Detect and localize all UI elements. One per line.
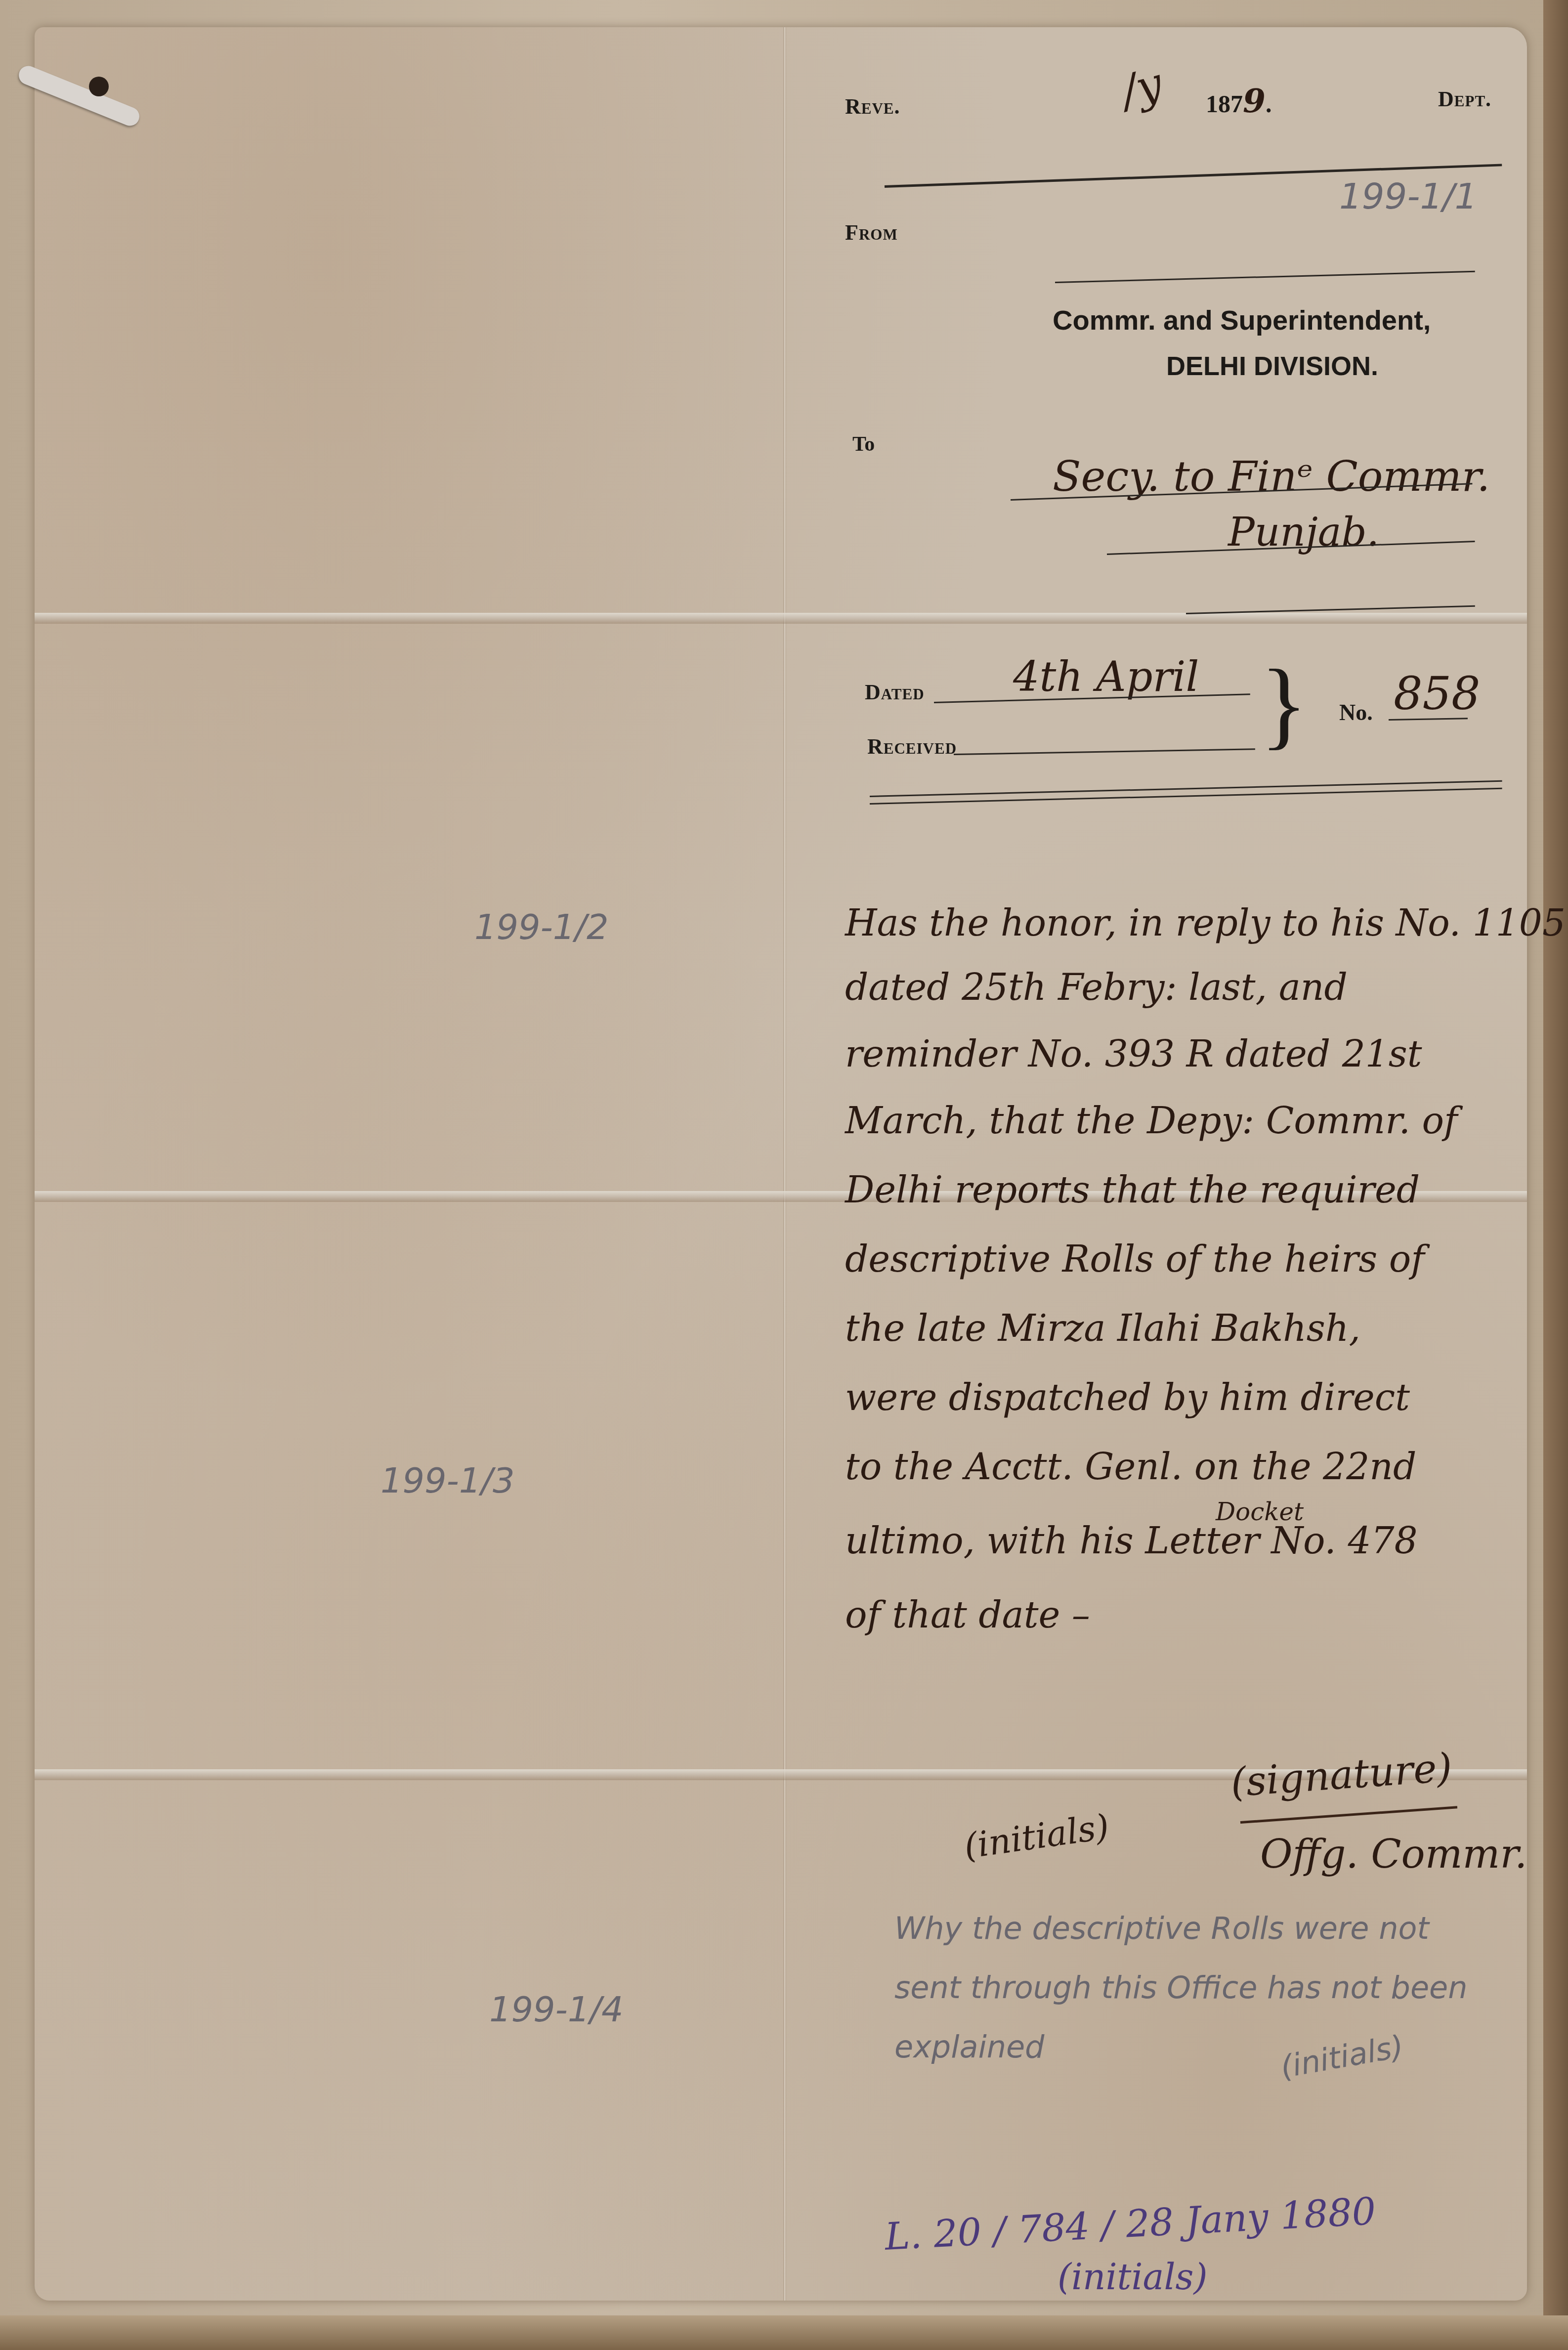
year-handwritten-digit: 9 [1243, 82, 1266, 120]
header-scribble: /y [1116, 57, 1168, 118]
horizontal-fold-1 [35, 613, 1527, 624]
footer-reference: L. 20 / 784 / 28 Jany 1880 [884, 2189, 1377, 2259]
mount-frame-bottom [0, 2315, 1568, 2350]
dated-label: Dated [865, 680, 925, 705]
mount-frame-right [1543, 0, 1568, 2350]
pencil-note-line-1: Why the descriptive Rolls were not [894, 1910, 1429, 1946]
dated-value: 4th April [1013, 652, 1199, 701]
footer-initials: (initials) [1058, 2256, 1207, 2298]
number-value: 858 [1394, 667, 1481, 720]
margin-annotation-3: 199-1/4 [489, 1989, 624, 2030]
received-label: Received [867, 734, 957, 759]
department-suffix: Dept. [1438, 86, 1491, 112]
body-line-3: reminder No. 393 R dated 21st [845, 1033, 1422, 1075]
double-rule-bottom [870, 788, 1502, 805]
body-line-1: Has the honor, in reply to his No. 1105 [845, 902, 1566, 944]
body-line-8: were dispatched by him direct [845, 1376, 1410, 1419]
main-signature: (signature) [1229, 1744, 1453, 1805]
body-line-6: descriptive Rolls of the heirs of [845, 1238, 1425, 1281]
binding-hole [89, 77, 109, 96]
signatory-title: Offg. Commr. [1260, 1831, 1527, 1877]
body-line-9: to the Acctt. Genl. on the 22nd [845, 1446, 1416, 1488]
body-line-4: March, that the Depy: Commr. of [845, 1100, 1457, 1142]
signature-flourish [1240, 1806, 1457, 1824]
body-line-7: the late Mirza Ilahi Bakhsh, [845, 1307, 1360, 1350]
pencil-initials: (initials) [1278, 2028, 1406, 2086]
pencil-note-line-3: explained [894, 2029, 1044, 2065]
body-line-2: dated 25th Febry: last, and [845, 966, 1348, 1009]
body-line-5: Delhi reports that the required [845, 1169, 1420, 1211]
from-division: DELHI DIVISION. [1166, 351, 1378, 382]
to-label: To [852, 432, 875, 456]
double-rule-top [870, 780, 1502, 797]
margin-annotation-2: 199-1/3 [381, 1460, 515, 1501]
vertical-fold [783, 27, 786, 2301]
from-title: Commr. and Superintendent, [1053, 304, 1431, 336]
pencil-note-line-2: sent through this Office has not been [894, 1969, 1467, 2006]
document-sheet: Reve. /y 1879. Dept. 199-1/1 From Commr.… [35, 27, 1527, 2301]
bracket: } [1260, 655, 1308, 754]
left-initials: (initials) [962, 1806, 1112, 1867]
number-label: No. [1339, 699, 1373, 726]
body-line-11: of that date – [845, 1594, 1090, 1636]
blank-left-panel [35, 27, 786, 2301]
body-line-10: ultimo, with his Letter No. 478 [845, 1520, 1418, 1562]
from-label: From [845, 220, 898, 245]
to-recipient: Secy. to Finᵉ Commr. [1053, 452, 1490, 501]
header-year: 1879. [1206, 82, 1271, 120]
year-printed: 187 [1206, 90, 1243, 118]
top-annotation: 199-1/1 [1339, 175, 1477, 217]
received-rule [954, 748, 1255, 755]
from-rule [1055, 271, 1475, 283]
department-prefix: Reve. [845, 94, 900, 119]
margin-annotation-1: 199-1/2 [474, 907, 609, 947]
